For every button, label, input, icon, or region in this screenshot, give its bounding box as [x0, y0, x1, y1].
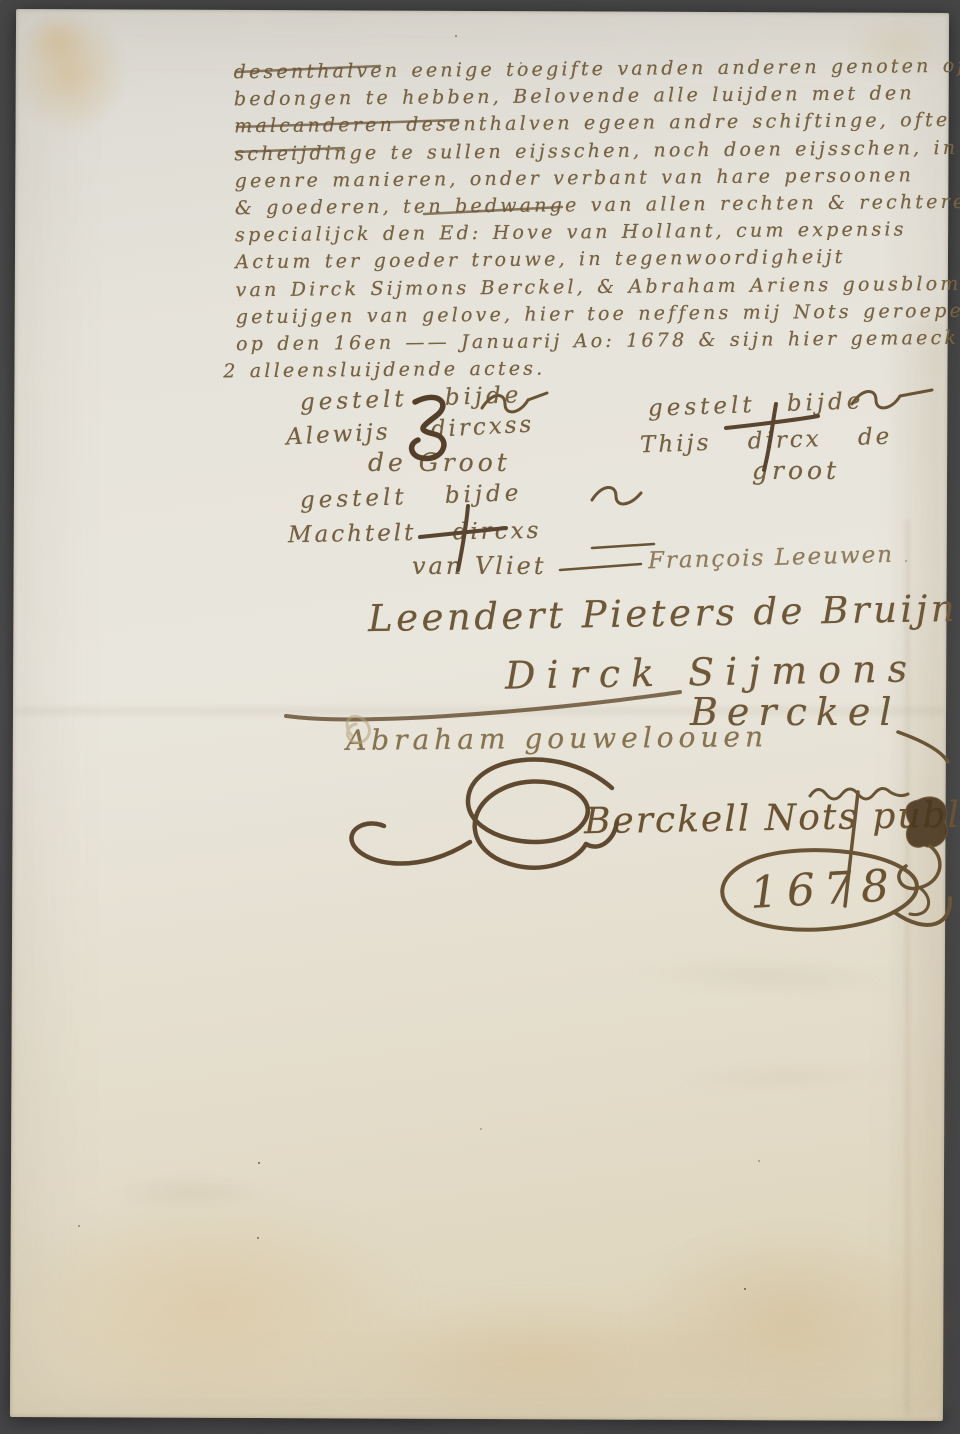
- notary-initial-flourish: [351, 760, 617, 868]
- photo-background: desenthalven eenige toegifte vanden ande…: [0, 0, 960, 1434]
- merk-cross-right: [726, 404, 818, 470]
- paraph-left: [482, 393, 547, 412]
- merk-mark-left: [412, 397, 444, 458]
- ink-layer: desenthalven eenige toegifte vanden ande…: [0, 0, 960, 1434]
- merk-cross-middle: [420, 506, 506, 570]
- signature-tail-berckel: [898, 732, 948, 762]
- strikethrough-marks: [236, 66, 562, 214]
- signature-tail-dirck: [286, 692, 680, 719]
- notary-ink-blot: [899, 797, 947, 915]
- ink-flourishes: [0, 0, 960, 1434]
- paraph-middle: [592, 487, 641, 504]
- paraph-right: [852, 390, 932, 408]
- dash-strokes: [560, 544, 654, 570]
